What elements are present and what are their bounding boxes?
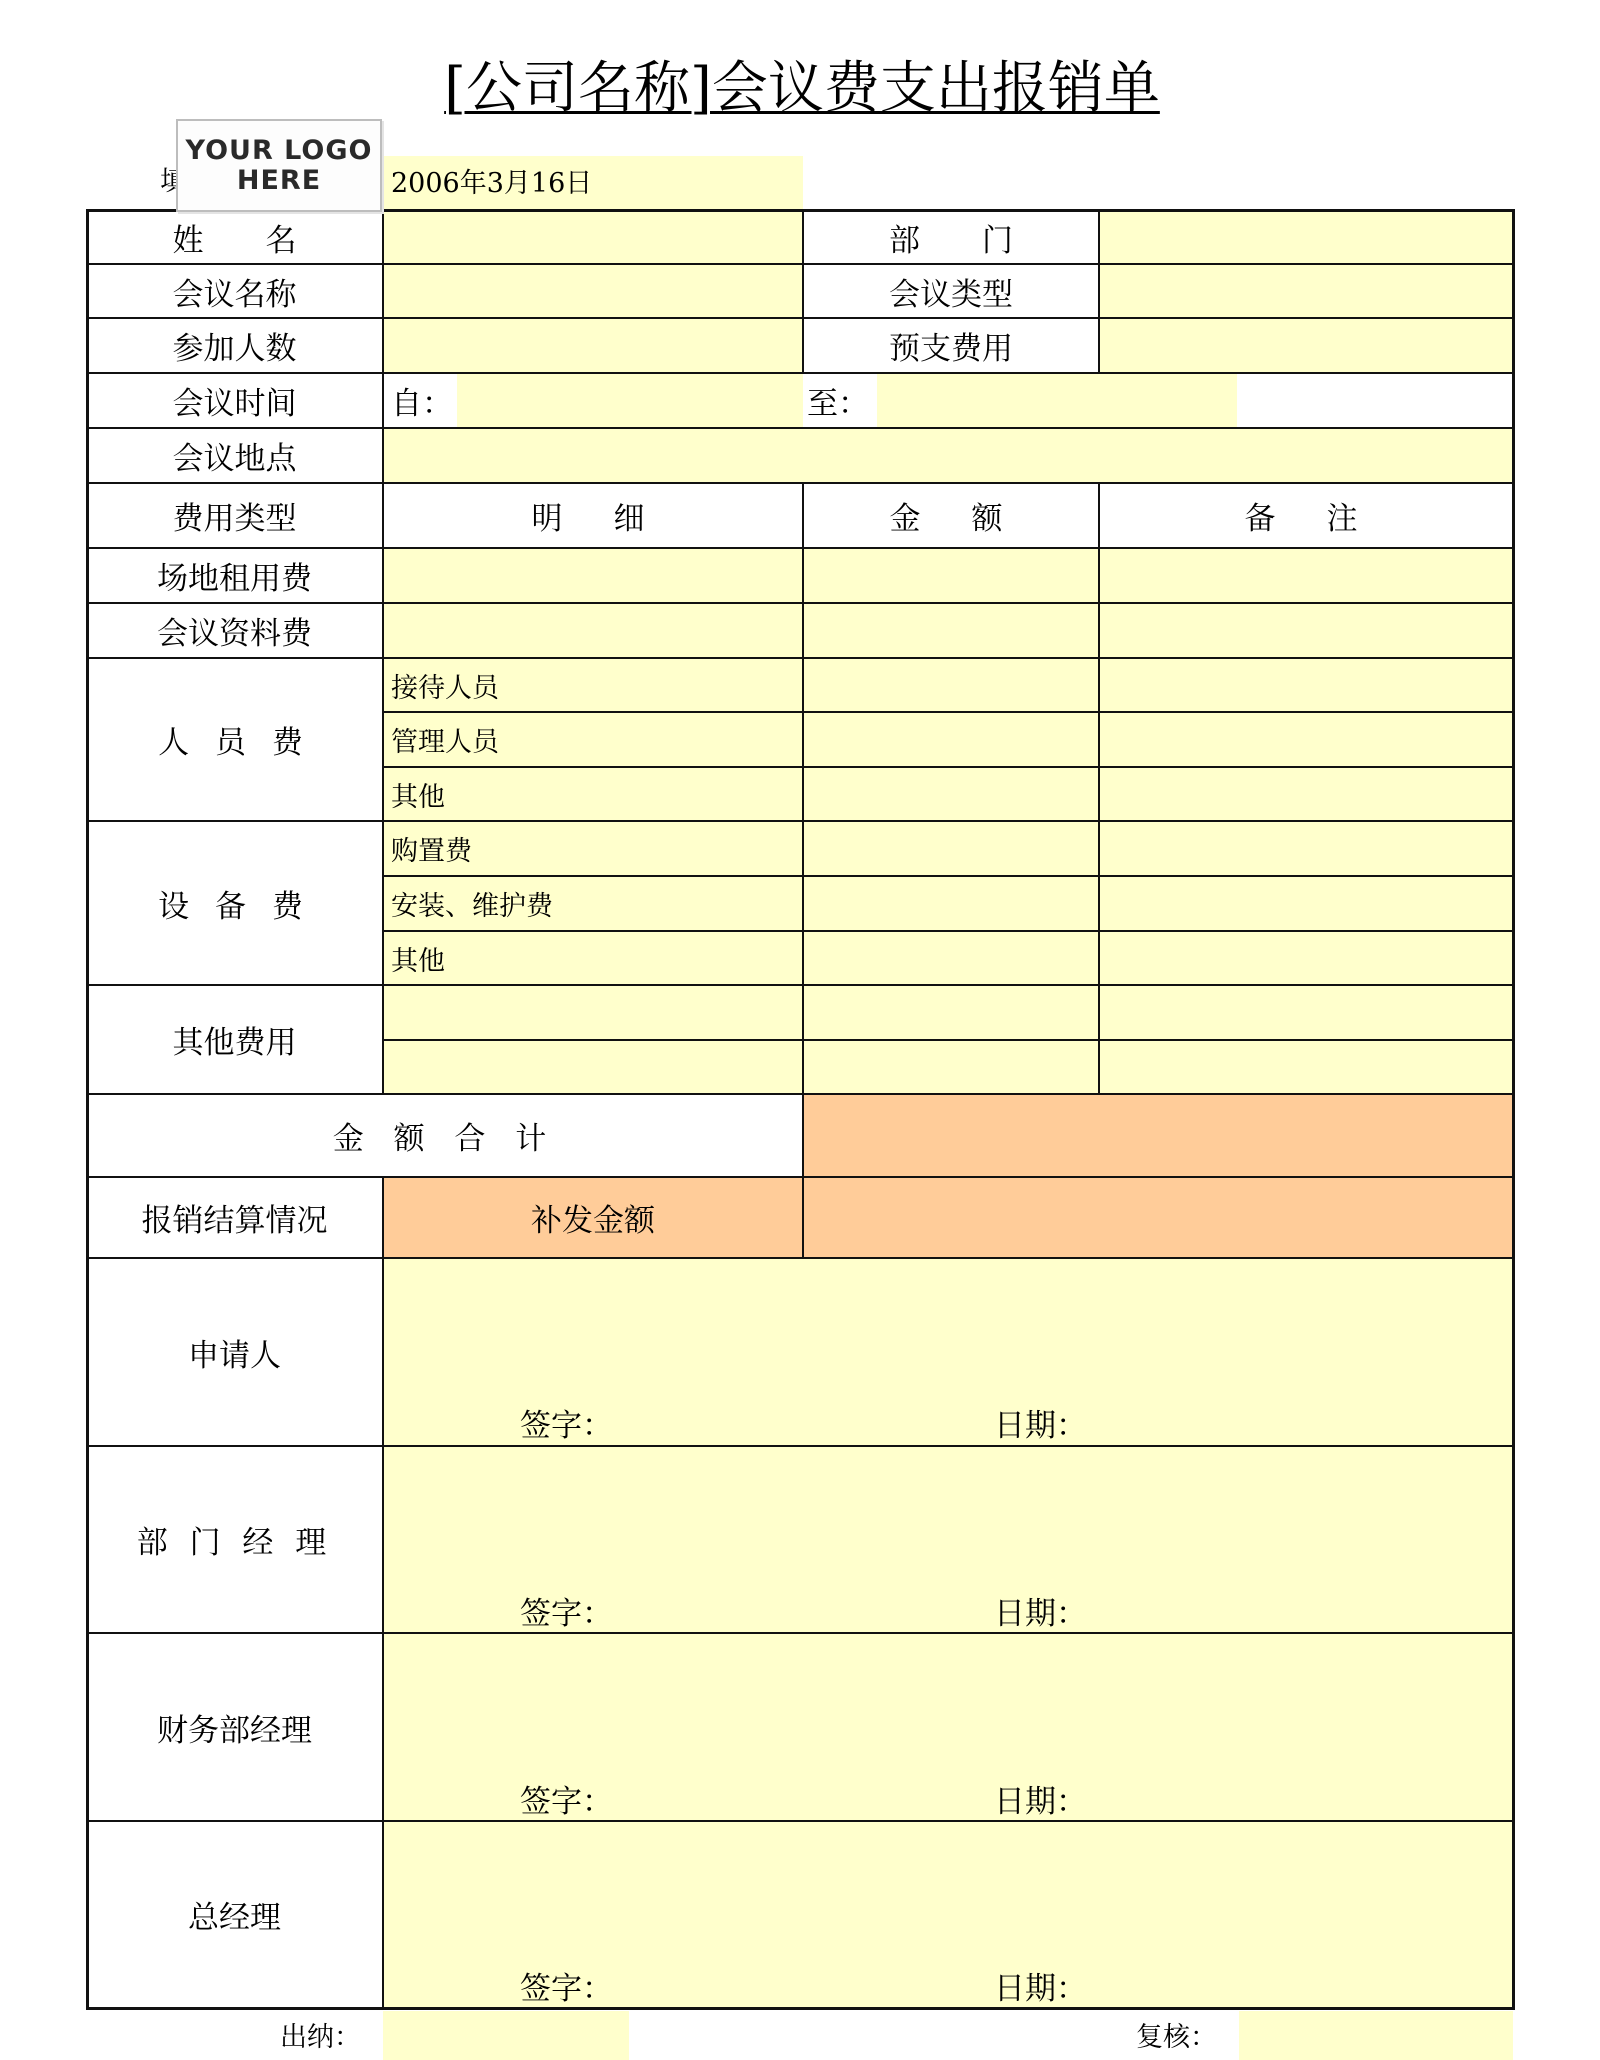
general-manager-label: 总经理 — [86, 1821, 383, 2008]
fill-date-value: 2006年3月16日 — [391, 164, 592, 204]
logo-line-2: HERE — [237, 166, 321, 196]
header-detail: 明 细 — [383, 483, 803, 548]
settlement-label: 报销结算情况 — [86, 1177, 383, 1258]
category-other: 其他费用 — [86, 985, 383, 1094]
category-materials: 会议资料费 — [86, 603, 383, 658]
location-label: 会议地点 — [86, 428, 383, 483]
form-title: [公司名称]会议费支出报销单 — [407, 58, 1197, 124]
attendees-label: 参加人数 — [86, 318, 383, 373]
general-manager-signature-label: 签字： — [520, 1963, 613, 2008]
applicant-label: 申请人 — [86, 1258, 383, 1446]
detail-item[interactable]: 购置费 — [383, 821, 803, 876]
row-divider — [383, 1039, 1514, 1041]
advance-payment-label: 预支费用 — [803, 318, 1099, 373]
reviewer-field[interactable] — [1239, 2011, 1513, 2060]
logo-line-1: YOUR LOGO — [186, 136, 373, 166]
category-venue-rental: 场地租用费 — [86, 548, 383, 603]
header-expense-type: 费用类型 — [86, 483, 383, 548]
finance-manager-signature-label: 签字： — [520, 1776, 613, 1821]
finance-manager-date-label: 日期： — [994, 1776, 1087, 1821]
meeting-time-label: 会议时间 — [86, 373, 383, 428]
applicant-signature-label: 签字： — [520, 1400, 613, 1445]
detail-item[interactable]: 接待人员 — [383, 658, 803, 712]
detail-item[interactable]: 管理人员 — [383, 712, 803, 767]
category-equipment: 设 备 费 — [86, 821, 383, 985]
detail-item[interactable]: 安装、维护费 — [383, 876, 803, 931]
meeting-type-label: 会议类型 — [803, 264, 1099, 318]
department-label: 部 门 — [803, 210, 1099, 264]
cashier-field[interactable] — [383, 2011, 629, 2060]
dept-manager-date-label: 日期： — [994, 1588, 1087, 1633]
dept-manager-signature-label: 签字： — [520, 1588, 613, 1633]
general-manager-date-label: 日期： — [994, 1963, 1087, 2008]
cashier-label: 出纳： — [280, 2018, 361, 2058]
header-amount: 金 额 — [803, 483, 1099, 548]
dept-manager-label: 部 门 经 理 — [86, 1446, 383, 1633]
reviewer-label: 复核： — [1136, 2018, 1217, 2058]
company-logo-placeholder: YOUR LOGO HERE — [176, 119, 382, 212]
fill-date-field[interactable]: 2006年3月16日 — [383, 156, 803, 209]
category-personnel: 人 员 费 — [86, 658, 383, 821]
detail-item[interactable]: 其他 — [383, 767, 803, 821]
header-remark: 备 注 — [1099, 483, 1513, 548]
time-from-label: 自： — [385, 373, 455, 428]
finance-manager-label: 财务部经理 — [86, 1633, 383, 1821]
total-amount-label: 金 额 合 计 — [86, 1094, 803, 1177]
meeting-name-label: 会议名称 — [86, 264, 383, 318]
supplement-amount-label: 补发金额 — [383, 1177, 803, 1258]
detail-item[interactable]: 其他 — [383, 931, 803, 985]
applicant-date-label: 日期： — [994, 1400, 1087, 1445]
col-divider — [1098, 483, 1100, 1094]
name-label: 姓 名 — [86, 210, 383, 264]
time-to-label: 至： — [805, 373, 875, 428]
